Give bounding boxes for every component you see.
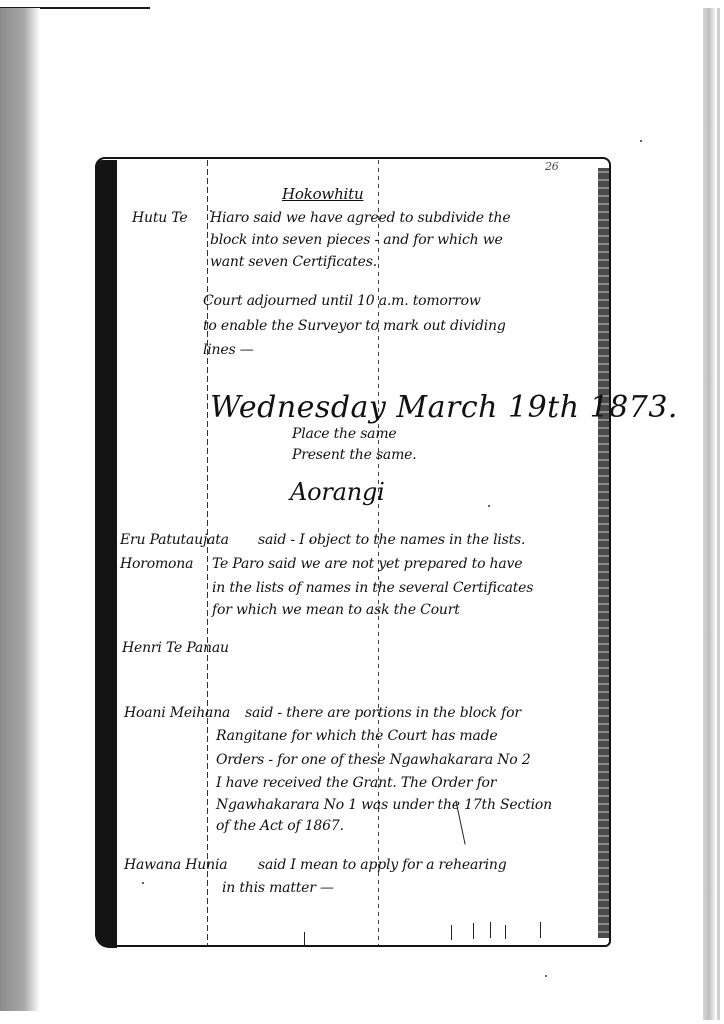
block-heading-aorangi: Aorangi (290, 478, 385, 506)
place-line: Place the same (292, 426, 397, 442)
ruler-tick (304, 932, 305, 946)
ruler-tick (490, 922, 491, 938)
minute-line: Rangitane for which the Court has made (216, 728, 498, 744)
minute-line: said - I object to the names in the list… (258, 532, 525, 548)
ruler-tick (540, 922, 541, 938)
speaker-name: Hoani Meihana (124, 705, 230, 721)
page-binding-strip (95, 160, 117, 948)
minute-line: Ngawhakarara No 1 was under the 17th Sec… (216, 797, 552, 813)
minute-line: said - there are portions in the block f… (245, 705, 521, 721)
center-fold-line (378, 160, 379, 945)
ruler-tick (505, 925, 506, 939)
scan-right-gutter-shadow (703, 8, 715, 1020)
manuscript-page (95, 157, 611, 947)
ruler-tick (451, 925, 452, 940)
minute-line: of the Act of 1867. (216, 818, 344, 834)
left-margin-rule (207, 160, 208, 945)
minute-line: in this matter — (222, 880, 334, 896)
scan-speck (142, 882, 144, 884)
page-right-edge (598, 168, 609, 938)
minute-line: block into seven pieces - and for which … (210, 232, 503, 248)
minute-line: Court adjourned until 10 a.m. tomorrow (203, 293, 481, 309)
block-heading-hokowhitu: Hokowhitu (282, 185, 363, 203)
page-number: 26 (545, 160, 559, 173)
minute-line: Hiaro said we have agreed to subdivide t… (210, 210, 510, 226)
speaker-name: Hutu Te (132, 210, 187, 226)
minute-line: want seven Certificates. (210, 254, 377, 270)
speaker-name: Henri Te Panau (122, 640, 229, 656)
minute-line: for which we mean to ask the Court (212, 602, 460, 618)
minute-line: I have received the Grant. The Order for (216, 775, 496, 791)
minute-line: Orders - for one of these Ngawhakarara N… (216, 752, 530, 768)
minute-line: said I mean to apply for a rehearing (258, 857, 507, 873)
minute-line: to enable the Surveyor to mark out divid… (203, 318, 506, 334)
speaker-name: Hawana Hunia (124, 857, 227, 873)
speaker-name: Eru Patutaujata (120, 532, 229, 548)
ruler-tick (473, 923, 474, 939)
speaker-name: Horomona (120, 556, 193, 572)
scan-speck (640, 140, 642, 142)
scan-speck (488, 505, 490, 507)
minute-line: Te Paro said we are not yet prepared to … (212, 556, 522, 572)
present-line: Present the same. (292, 447, 416, 463)
minute-line: in the lists of names in the several Cer… (212, 580, 533, 596)
scan-speck (545, 975, 547, 977)
scan-right-edge-line (717, 8, 720, 1020)
minute-line: lines — (203, 342, 254, 358)
scan-left-gutter-shadow (0, 8, 40, 1011)
date-heading: Wednesday March 19th 1873. (210, 390, 678, 425)
